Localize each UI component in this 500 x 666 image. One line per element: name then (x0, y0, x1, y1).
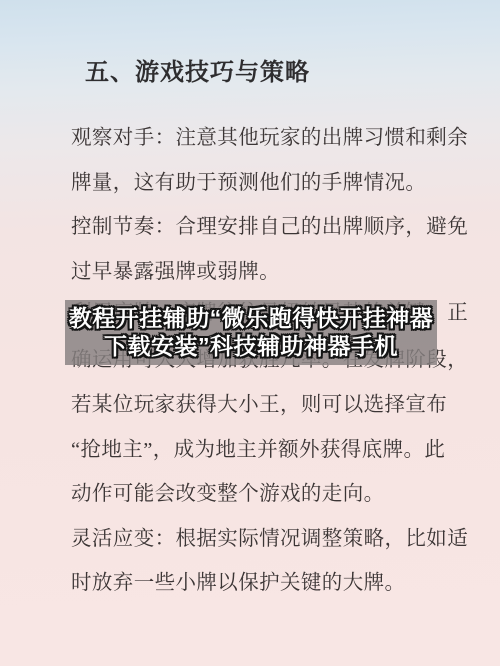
body-line: 灵活应变：根据实际情况调整策略，比如适 (71, 521, 468, 551)
body-line: 牌量，这有助于预测他们的手牌情况。 (71, 165, 426, 195)
body-line: 时放弃一些小牌以保护关键的大牌。 (71, 565, 405, 595)
body-line: “抢地主”，成为地主并额外获得底牌。此 (71, 432, 445, 462)
body-line: 过早暴露强牌或弱牌。 (71, 254, 280, 284)
body-line: 控制节奏：合理安排自己的出牌顺序，避免 (71, 209, 468, 239)
body-line: 动作可能会改变整个游戏的走向。 (71, 476, 385, 506)
cheat-ad-banner[interactable]: 教程开挂辅助“微乐跑得快开挂神器 下载安装”科技辅助神器手机 (65, 300, 437, 365)
section-title: 五、游戏技巧与策略 (85, 52, 310, 87)
article-page: 五、游戏技巧与策略 观察对手：注意其他玩家的出牌习惯和剩余 牌量，这有助于预测他… (0, 0, 500, 666)
cheat-ad-banner-line-2: 下载安装”科技辅助神器手机 (104, 333, 398, 360)
cheat-ad-banner-line-1: 教程开挂辅助“微乐跑得快开挂神器 (69, 305, 434, 332)
body-line: 观察对手：注意其他玩家的出牌习惯和剩余 (71, 120, 468, 150)
body-line: 若某位玩家获得大小王，则可以选择宣布 (71, 387, 447, 417)
